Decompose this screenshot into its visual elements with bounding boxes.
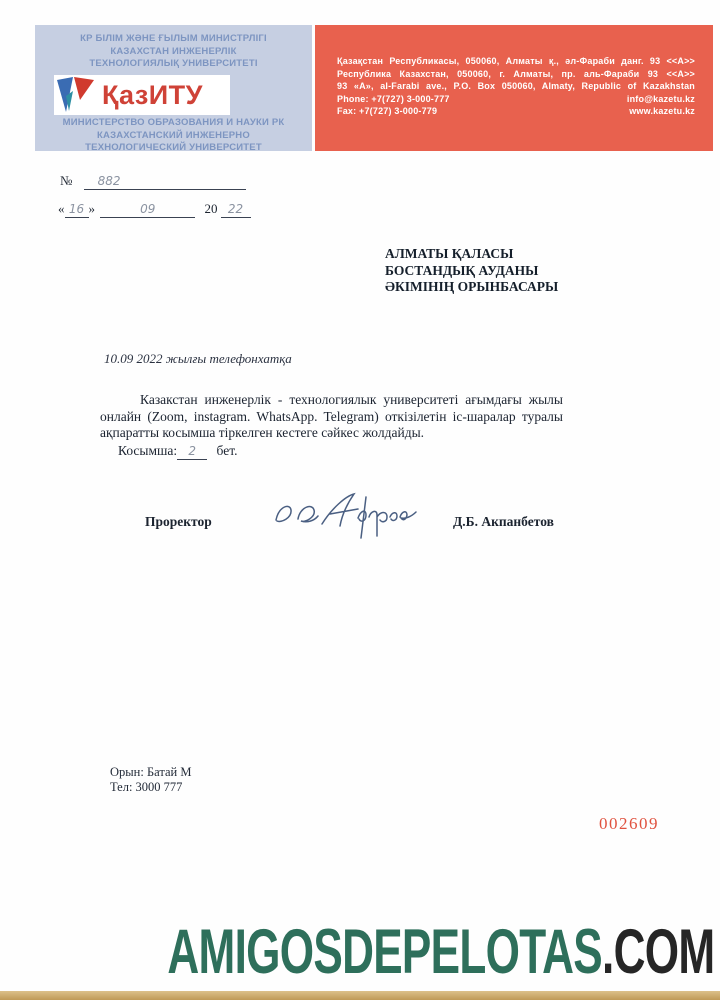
watermark-tld: .COM bbox=[602, 917, 714, 987]
contact-address-kk: Қазақстан Республикасы, 050060, Алматы қ… bbox=[337, 55, 695, 68]
recipient-line-2: БОСТАНДЫҚ АУДАНЫ bbox=[385, 263, 558, 280]
attachment-suffix: бет. bbox=[217, 443, 238, 458]
contact-email: info@kazetu.kz bbox=[627, 93, 695, 106]
attachment-pages-field: 2 bbox=[177, 443, 207, 460]
ministry-ru-line-3: ТЕХНОЛОГИЧЕСКИЙ УНИВЕРСИТЕТ bbox=[35, 142, 312, 155]
attachment-pages-handwritten: 2 bbox=[188, 444, 196, 458]
contact-website: www.kazetu.kz bbox=[629, 105, 695, 118]
doc-number-label: № bbox=[60, 173, 72, 188]
contact-address-ru: Республика Казахстан, 050060, г. Алматы,… bbox=[337, 68, 695, 81]
doc-number-line: № 882 bbox=[60, 173, 246, 190]
telephonogram-ref-line: 10.09 2022 жылғы телефонхатқа bbox=[104, 351, 292, 367]
doc-number-field: 882 bbox=[84, 173, 246, 190]
recipient-line-1: АЛМАТЫ ҚАЛАСЫ bbox=[385, 246, 558, 263]
attachment-line: Косымша:2 бет. bbox=[118, 443, 238, 460]
bottom-edge-bar bbox=[0, 991, 720, 1000]
executor-phone-line: Тел: 3000 777 bbox=[110, 780, 191, 795]
signature-scribble-icon bbox=[268, 488, 443, 544]
logo-wordmark: ҚазИТУ bbox=[102, 80, 203, 111]
date-month-field: 09 bbox=[100, 201, 195, 218]
signer-title: Проректор bbox=[145, 514, 212, 530]
attachment-label: Косымша: bbox=[118, 443, 177, 458]
scanned-letter-page: КР БІЛІМ ЖӘНЕ ҒЫЛЫМ МИНИСТРЛІГІ КАЗАХСТА… bbox=[0, 0, 720, 1000]
executor-name-line: Орын: Батай М bbox=[110, 765, 191, 780]
ministry-ru-line-2: КАЗАХСТАНСКИЙ ИНЖЕНЕРНО bbox=[35, 130, 312, 143]
form-number-stamp: 002609 bbox=[599, 814, 659, 834]
date-quote-close: » bbox=[89, 201, 96, 216]
contact-fax-row: Fax: +7(727) 3-000-779 www.kazetu.kz bbox=[337, 105, 695, 118]
ministry-kk-line-3: ТЕХНОЛОГИЯЛЫҚ УНИВЕРСИТЕТІ bbox=[35, 58, 312, 71]
recipient-block: АЛМАТЫ ҚАЛАСЫ БОСТАНДЫҚ АУДАНЫ ӘКІМІНІҢ … bbox=[385, 246, 558, 296]
letterhead-left-panel: КР БІЛІМ ЖӘНЕ ҒЫЛЫМ МИНИСТРЛІГІ КАЗАХСТА… bbox=[35, 25, 312, 151]
watermark-site-name: AMIGOSDEPELOTAS bbox=[167, 917, 602, 987]
contact-text-block: Қазақстан Республикасы, 050060, Алматы қ… bbox=[337, 55, 695, 118]
ministry-kk-line-2: КАЗАХСТАН ИНЖЕНЕРЛІК bbox=[35, 46, 312, 59]
date-day-handwritten: 16 bbox=[69, 202, 84, 216]
date-day-field: 16 bbox=[65, 201, 89, 218]
ministry-kk-line-1: КР БІЛІМ ЖӘНЕ ҒЫЛЫМ МИНИСТРЛІГІ bbox=[35, 33, 312, 46]
watermark-text: AMIGOSDEPELOTAS.COM bbox=[167, 916, 714, 988]
contact-address-en: 93 «А», al-Farabi ave., P.O. Box 050060,… bbox=[337, 80, 695, 93]
recipient-line-3: ӘКІМІНІҢ ОРЫНБАСАРЫ bbox=[385, 279, 558, 296]
contact-phone: Phone: +7(727) 3-000-777 bbox=[337, 93, 450, 106]
letterhead-contact-box: Қазақстан Республикасы, 050060, Алматы қ… bbox=[315, 25, 713, 151]
contact-fax: Fax: +7(727) 3-000-779 bbox=[337, 105, 437, 118]
ministry-ru-lines: МИНИСТЕРСТВО ОБРАЗОВАНИЯ И НАУКИ РК КАЗА… bbox=[35, 117, 312, 155]
logo-triangles-icon bbox=[57, 77, 99, 113]
signer-name: Д.Б. Акпанбетов bbox=[453, 514, 554, 530]
date-year-field: 22 bbox=[221, 201, 251, 218]
doc-number-handwritten: 882 bbox=[98, 174, 121, 188]
date-year-prefix: 20 bbox=[205, 201, 218, 216]
contact-phone-row: Phone: +7(727) 3-000-777 info@kazetu.kz bbox=[337, 93, 695, 106]
letter-body-paragraph: Казакстан инженерлік - технологиялык уни… bbox=[100, 392, 563, 442]
executor-block: Орын: Батай М Тел: 3000 777 bbox=[110, 765, 191, 795]
doc-date-line: «16» 09 2022 bbox=[58, 201, 251, 218]
university-logo: ҚазИТУ bbox=[54, 75, 230, 115]
date-year-handwritten: 22 bbox=[228, 202, 243, 216]
ministry-kk-lines: КР БІЛІМ ЖӘНЕ ҒЫЛЫМ МИНИСТРЛІГІ КАЗАХСТА… bbox=[35, 25, 312, 71]
date-month-handwritten: 09 bbox=[140, 202, 155, 216]
ministry-ru-line-1: МИНИСТЕРСТВО ОБРАЗОВАНИЯ И НАУКИ РК bbox=[35, 117, 312, 130]
